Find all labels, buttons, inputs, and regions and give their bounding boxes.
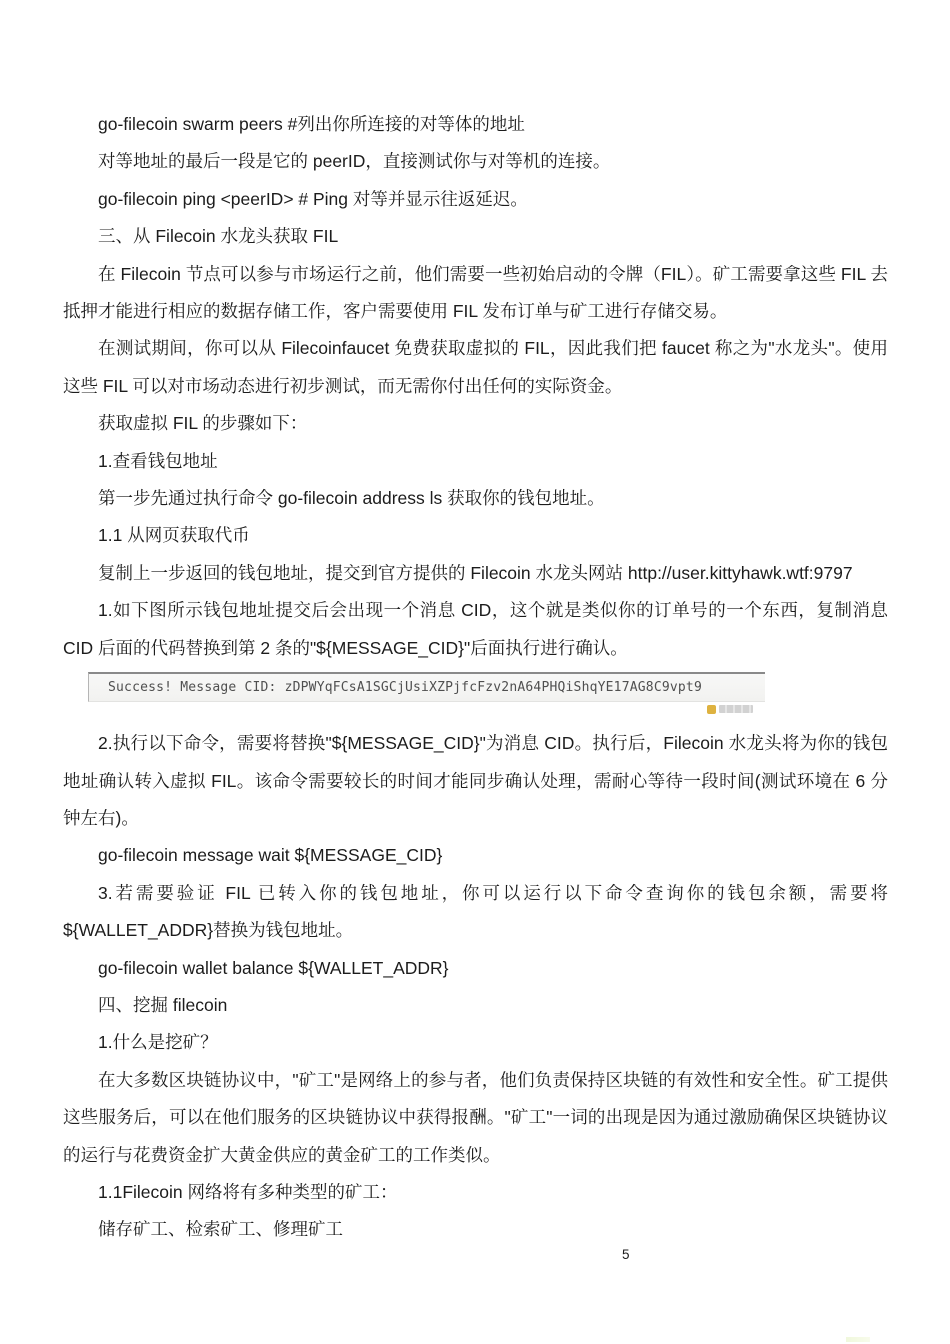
page-number: 5 [622,1246,630,1264]
watermark-icon [707,705,716,714]
paragraph-14: 2.执行以下命令，需要将替换"${MESSAGE_CID}"为消息 CID。执行… [63,725,888,837]
paragraph-10: 1.1 从网页获取代币 [63,517,888,554]
paragraph-4: 三、从 Filecoin 水龙头获取 FIL [63,218,888,255]
paragraph-17: go-filecoin wallet balance ${WALLET_ADDR… [63,950,888,987]
screenshot-watermark [88,702,765,716]
paragraph-19: 1.什么是挖矿？ [63,1024,888,1061]
corner-artifact [846,1337,870,1342]
console-output-box: Success! Message CID: zDPWYqFCsA1SGCjUsi… [88,672,765,702]
document-body: go-filecoin swarm peers #列出你所连接的对等体的地址对等… [63,106,888,1249]
paragraph-3: go-filecoin ping <peerID> # Ping 对等并显示往返… [63,181,888,218]
paragraph-18: 四、挖掘 filecoin [63,987,888,1024]
paragraph-16: 3.若需要验证 FIL 已转入你的钱包地址，你可以运行以下命令查询你的钱包余额，… [63,875,888,950]
paragraph-20: 在大多数区块链协议中，"矿工"是网络上的参与者，他们负责保持区块链的有效性和安全… [63,1062,888,1174]
paragraph-6: 在测试期间，你可以从 Filecoinfaucet 免费获取虚拟的 FIL，因此… [63,330,888,405]
paragraph-21: 1.1Filecoin 网络将有多种类型的矿工： [63,1174,888,1211]
document-page: go-filecoin swarm peers #列出你所连接的对等体的地址对等… [0,0,950,1344]
embedded-screenshot: Success! Message CID: zDPWYqFCsA1SGCjUsi… [88,672,765,716]
watermark-label [719,705,753,713]
paragraph-1: go-filecoin swarm peers #列出你所连接的对等体的地址 [63,106,888,143]
console-output-text: Success! Message CID: zDPWYqFCsA1SGCjUsi… [89,680,702,695]
paragraph-9: 第一步先通过执行命令 go-filecoin address ls 获取你的钱包… [63,480,888,517]
paragraph-2: 对等地址的最后一段是它的 peerID，直接测试你与对等机的连接。 [63,143,888,180]
paragraph-5: 在 Filecoin 节点可以参与市场运行之前，他们需要一些初始启动的令牌（FI… [63,256,888,331]
paragraph-11: 复制上一步返回的钱包地址，提交到官方提供的 Filecoin 水龙头网站 htt… [63,555,888,592]
paragraph-8: 1.查看钱包地址 [63,443,888,480]
paragraph-7: 获取虚拟 FIL 的步骤如下： [63,405,888,442]
paragraph-15: go-filecoin message wait ${MESSAGE_CID} [63,837,888,874]
paragraph-22: 储存矿工、检索矿工、修理矿工 [63,1211,888,1248]
paragraph-12: 1.如下图所示钱包地址提交后会出现一个消息 CID，这个就是类似你的订单号的一个… [63,592,888,667]
